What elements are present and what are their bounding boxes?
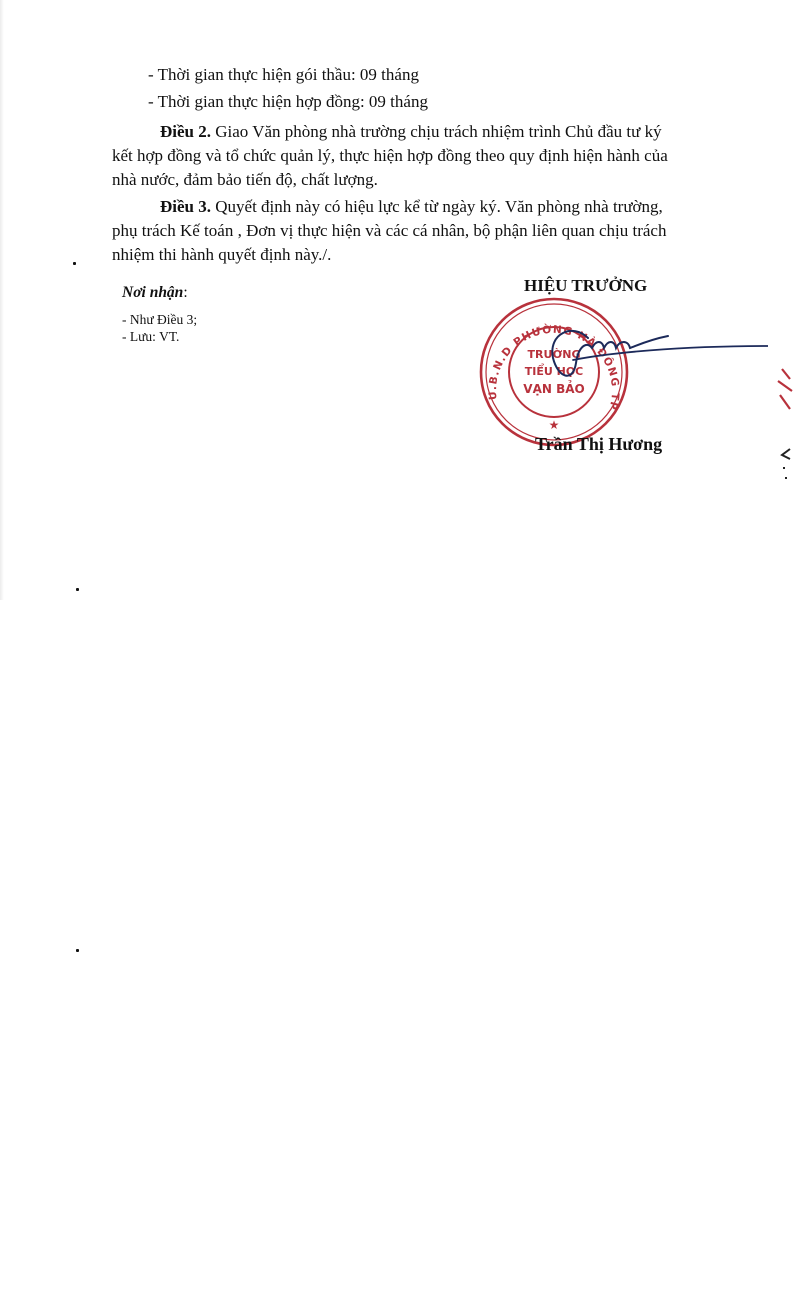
article-2-label: Điều 2. (160, 122, 211, 141)
signer-name: Trần Thị Hương (535, 433, 662, 455)
signature-icon (518, 318, 768, 388)
adjacent-stamp-fragment-icon (768, 445, 800, 490)
article-2-line-2: kết hợp đồng và tổ chức quản lý, thực hi… (112, 145, 668, 167)
article-2-line-1: Điều 2. Giao Văn phòng nhà trường chịu t… (160, 121, 662, 143)
recipient-item: - Như Điều 3; (122, 311, 197, 329)
article-3-label: Điều 3. (160, 197, 211, 216)
recipients-title: Nơi nhận: (122, 282, 188, 304)
article-3-text: Quyết định này có hiệu lực kể từ ngày ký… (211, 197, 663, 216)
article-2-line-3: nhà nước, đảm bảo tiến độ, chất lượng. (112, 169, 378, 191)
article-3-line-3: nhiệm thi hành quyết định này./. (112, 244, 331, 266)
scan-speck (73, 262, 76, 265)
scan-edge-shadow (0, 0, 4, 600)
bullet-package-duration: - Thời gian thực hiện gói thầu: 09 tháng (148, 64, 419, 86)
scan-speck (76, 588, 79, 591)
article-3-line-1: Điều 3. Quyết định này có hiệu lực kể từ… (160, 196, 663, 218)
svg-text:★: ★ (549, 418, 560, 432)
recipient-item: - Lưu: VT. (122, 328, 179, 346)
scan-speck (76, 949, 79, 952)
bullet-contract-duration: - Thời gian thực hiện hợp đồng: 09 tháng (148, 91, 428, 113)
article-3-line-2: phụ trách Kế toán , Đơn vị thực hiện và … (112, 220, 666, 242)
adjacent-stamp-fragment-icon (768, 365, 800, 415)
signer-position: HIỆU TRƯỞNG (524, 275, 647, 297)
article-2-text: Giao Văn phòng nhà trường chịu trách nhi… (211, 122, 662, 141)
